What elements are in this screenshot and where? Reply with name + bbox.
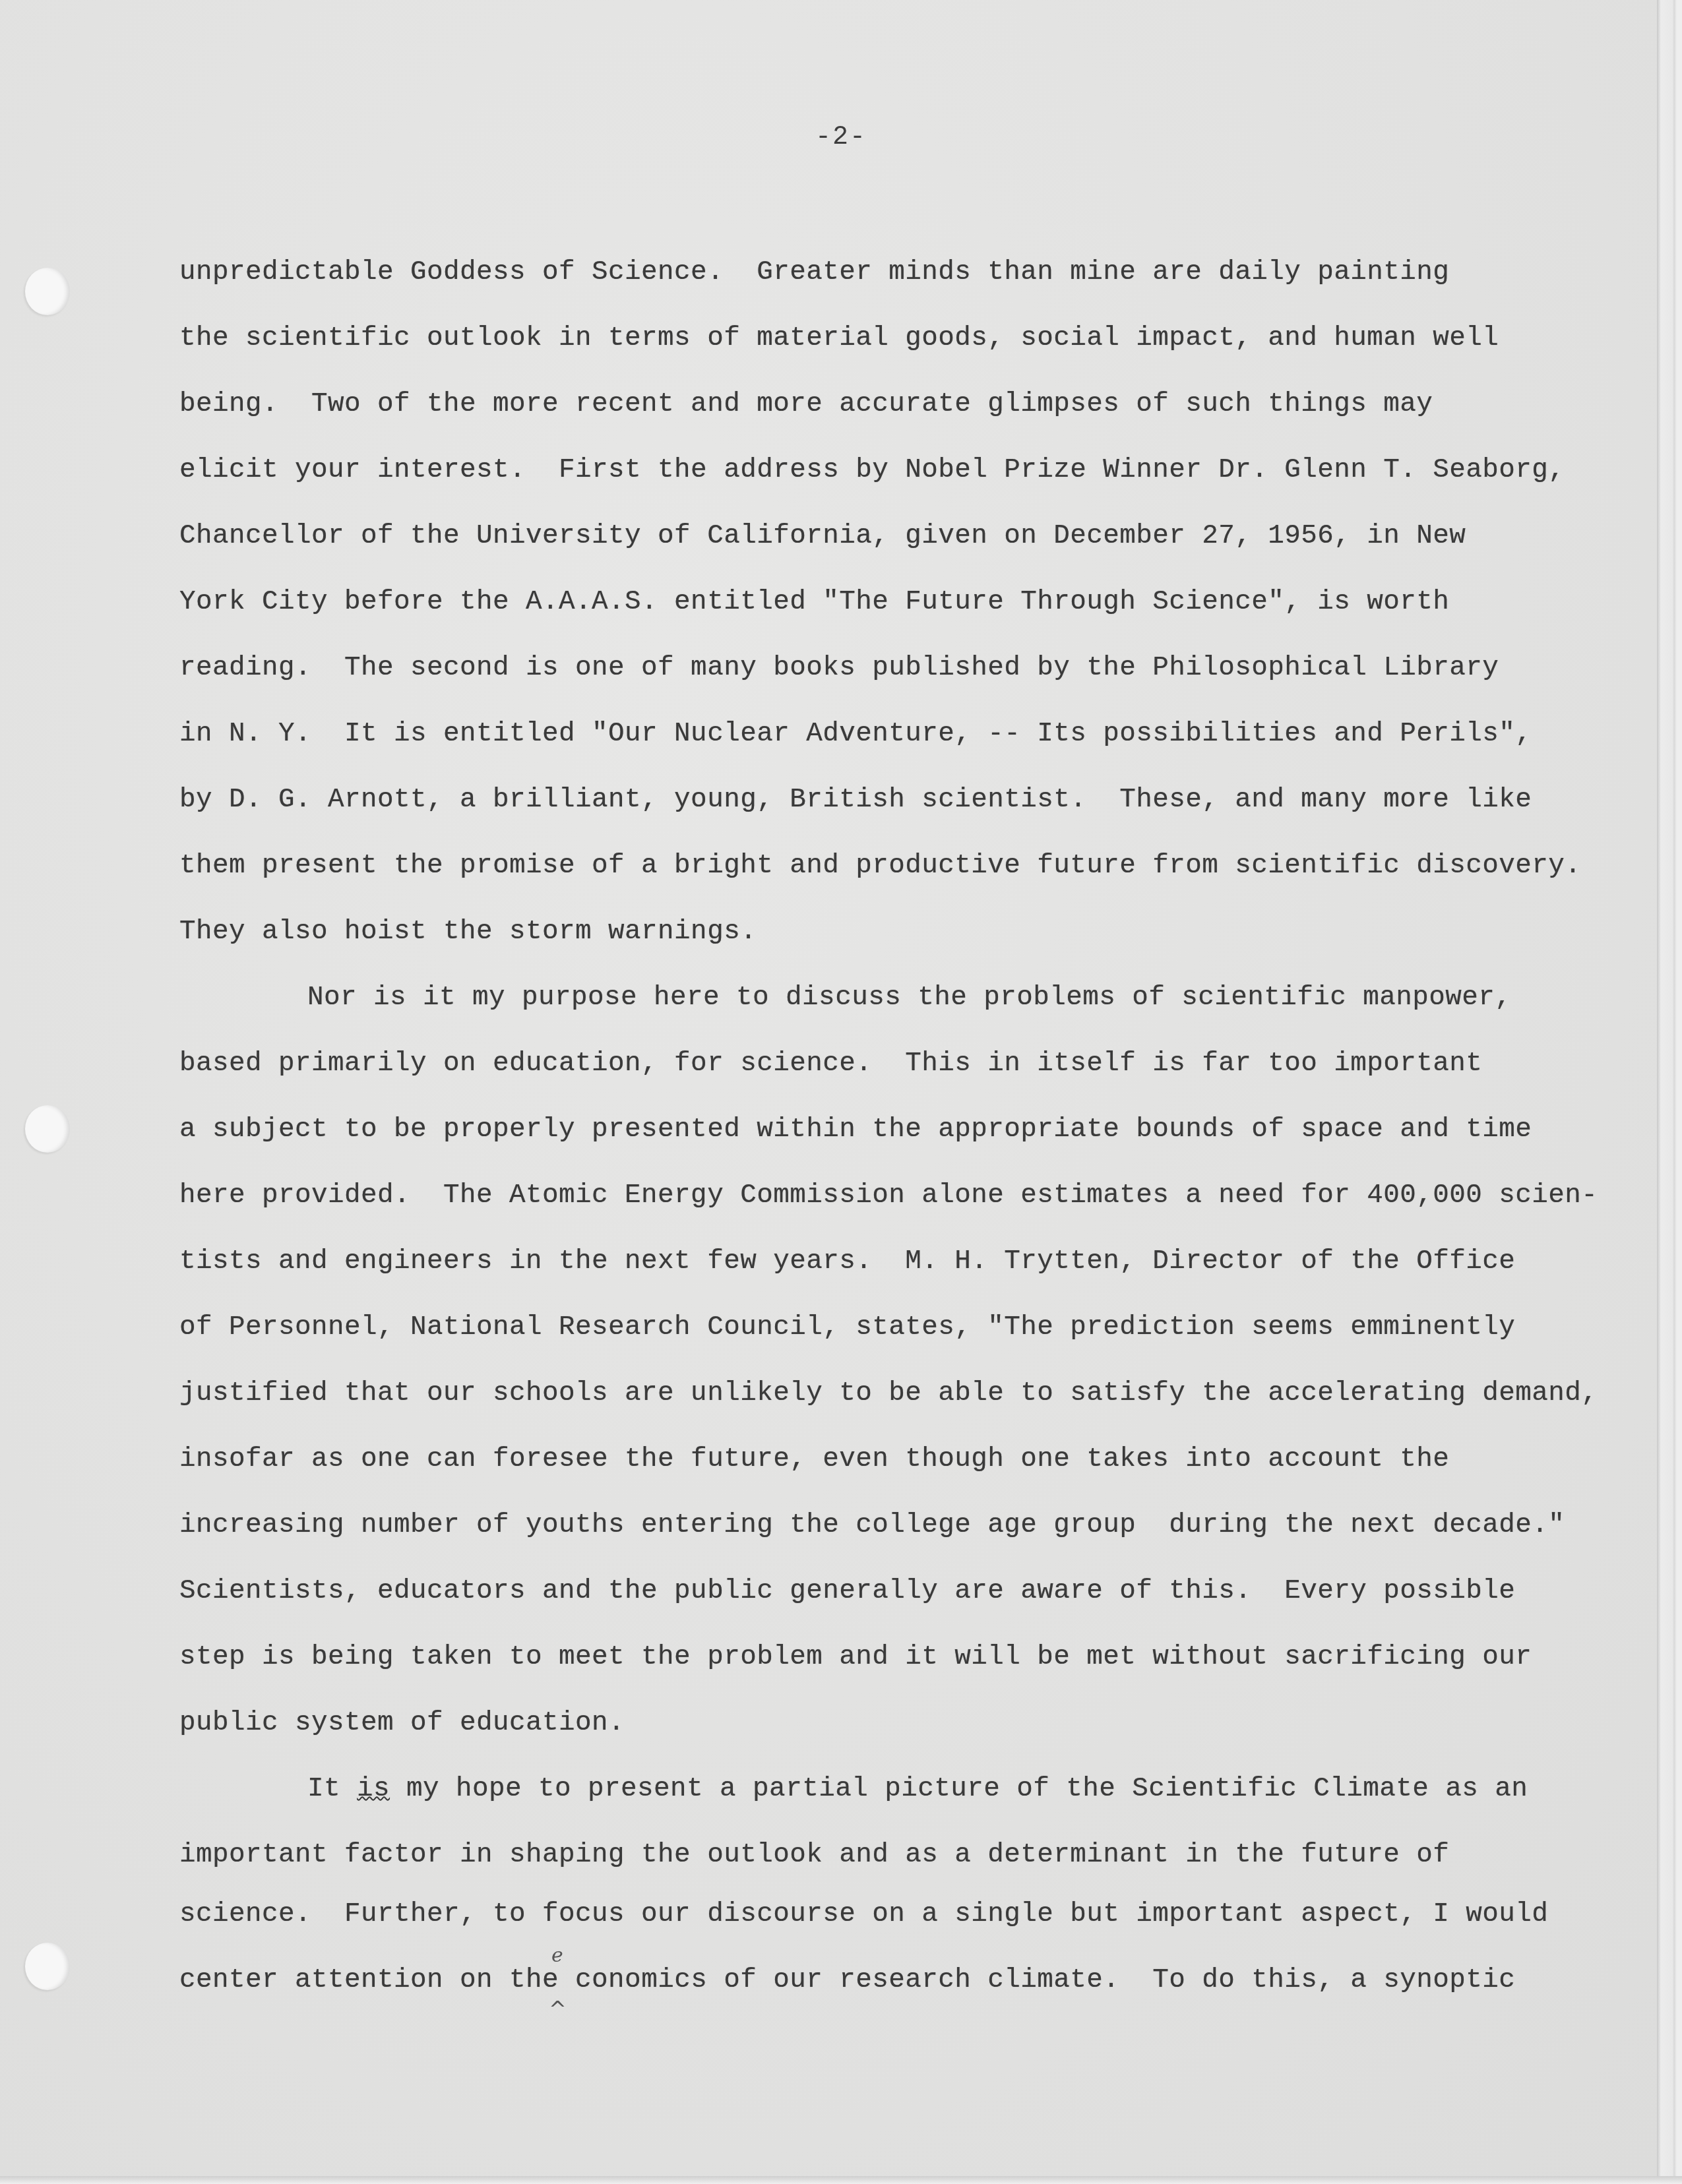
text-span: It xyxy=(307,1774,357,1804)
text-line: reading. The second is one of many books… xyxy=(179,653,1499,683)
text-line: here provided. The Atomic Energy Commiss… xyxy=(179,1180,1598,1211)
paragraph-start-line: It is my hope to present a partial pictu… xyxy=(307,1774,1528,1804)
text-line: increasing number of youths entering the… xyxy=(179,1510,1565,1540)
text-line: important factor in shaping the outlook … xyxy=(179,1840,1449,1870)
text-span: my hope to present a partial picture of … xyxy=(390,1774,1528,1804)
text-line: unpredictable Goddess of Science. Greate… xyxy=(179,257,1449,288)
page-edge-bottom xyxy=(0,2176,1682,2184)
text-line: in N. Y. It is entitled "Our Nuclear Adv… xyxy=(179,719,1532,749)
text-line: based primarily on education, for scienc… xyxy=(179,1048,1482,1079)
text-line: insofar as one can foresee the future, e… xyxy=(179,1444,1449,1474)
text-line: public system of education. xyxy=(179,1708,625,1738)
text-line: York City before the A.A.A.S. entitled "… xyxy=(179,587,1449,617)
text-line: They also hoist the storm warnings. xyxy=(179,917,757,947)
text-line: Chancellor of the University of Californ… xyxy=(179,521,1466,551)
punch-hole-middle xyxy=(25,1105,70,1153)
text-span: center attention on the xyxy=(179,1965,575,1995)
text-line: the scientific outlook in terms of mater… xyxy=(179,323,1499,353)
text-line: center attention on the conomics of our … xyxy=(179,1965,1515,1995)
paragraph-start-line: Nor is it my purpose here to discuss the… xyxy=(307,983,1511,1013)
text-line: being. Two of the more recent and more a… xyxy=(179,389,1433,419)
caret-mark: ^ xyxy=(549,1997,567,2022)
text-line: science. Further, to focus our discourse… xyxy=(179,1899,1548,1929)
punch-hole-bottom xyxy=(25,1943,70,1990)
handwritten-insertion: e xyxy=(551,1944,563,1967)
text-line: them present the promise of a bright and… xyxy=(179,851,1581,881)
text-line: of Personnel, National Research Council,… xyxy=(179,1312,1515,1343)
text-span: conomics of our research climate. To do … xyxy=(575,1965,1515,1995)
page-edge xyxy=(1657,0,1682,2184)
text-line: tists and engineers in the next few year… xyxy=(179,1246,1515,1277)
underlined-word: is xyxy=(357,1774,390,1804)
punch-hole-top xyxy=(25,268,70,315)
text-line: step is being taken to meet the problem … xyxy=(179,1642,1532,1672)
text-line: elicit your interest. First the address … xyxy=(179,455,1565,485)
text-line: justified that our schools are unlikely … xyxy=(179,1378,1598,1409)
page-number: -2- xyxy=(0,123,1682,152)
text-line: Scientists, educators and the public gen… xyxy=(179,1576,1515,1606)
text-line: a subject to be properly presented withi… xyxy=(179,1114,1532,1145)
text-line: by D. G. Arnott, a brilliant, young, Bri… xyxy=(179,785,1532,815)
